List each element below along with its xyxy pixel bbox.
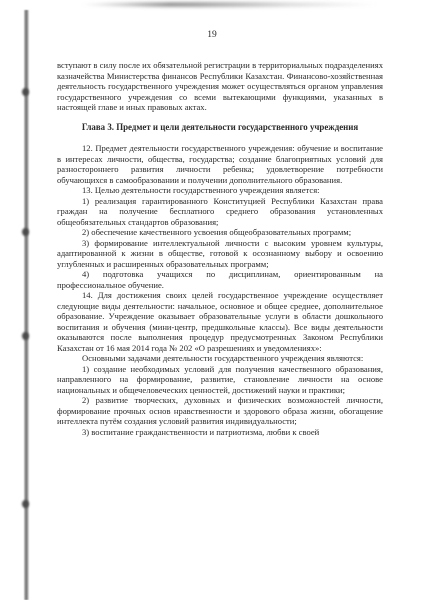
punch-hole-icon [22,332,29,340]
punch-hole-icon [22,88,29,96]
punch-hole-icon [22,228,29,236]
goal-item-1: 1) реализация гарантированного Конституц… [57,196,383,228]
page-number: 19 [0,30,424,40]
scan-top-shadow [80,2,380,7]
binding-edge-shadow [24,10,29,600]
chapter-heading: Глава 3. Предмет и цели деятельности гос… [57,122,383,133]
tasks-intro: Основными задачами деятельности государс… [57,353,383,364]
task-item-1: 1) создание необходимых условий для полу… [57,364,383,396]
task-item-2: 2) развитие творческих, духовных и физич… [57,395,383,427]
goal-item-3: 3) формирование интеллектуальной личност… [57,238,383,270]
paragraph-14: 14. Для достижения своих целей государст… [57,290,383,353]
task-item-3: 3) воспитание гражданственности и патрио… [57,427,383,438]
document-body: вступают в силу после их обязательной ре… [57,60,383,437]
punch-hole-icon [22,500,29,508]
goal-item-4: 4) подготовка учащихся по дисциплинам, о… [57,269,383,290]
paragraph-12: 12. Предмет деятельности государственног… [57,143,383,185]
goal-item-2: 2) обеспечение качественного усвоения об… [57,227,383,238]
intro-paragraph: вступают в силу после их обязательной ре… [57,60,383,113]
paragraph-13: 13. Целью деятельности государственного … [57,185,383,196]
